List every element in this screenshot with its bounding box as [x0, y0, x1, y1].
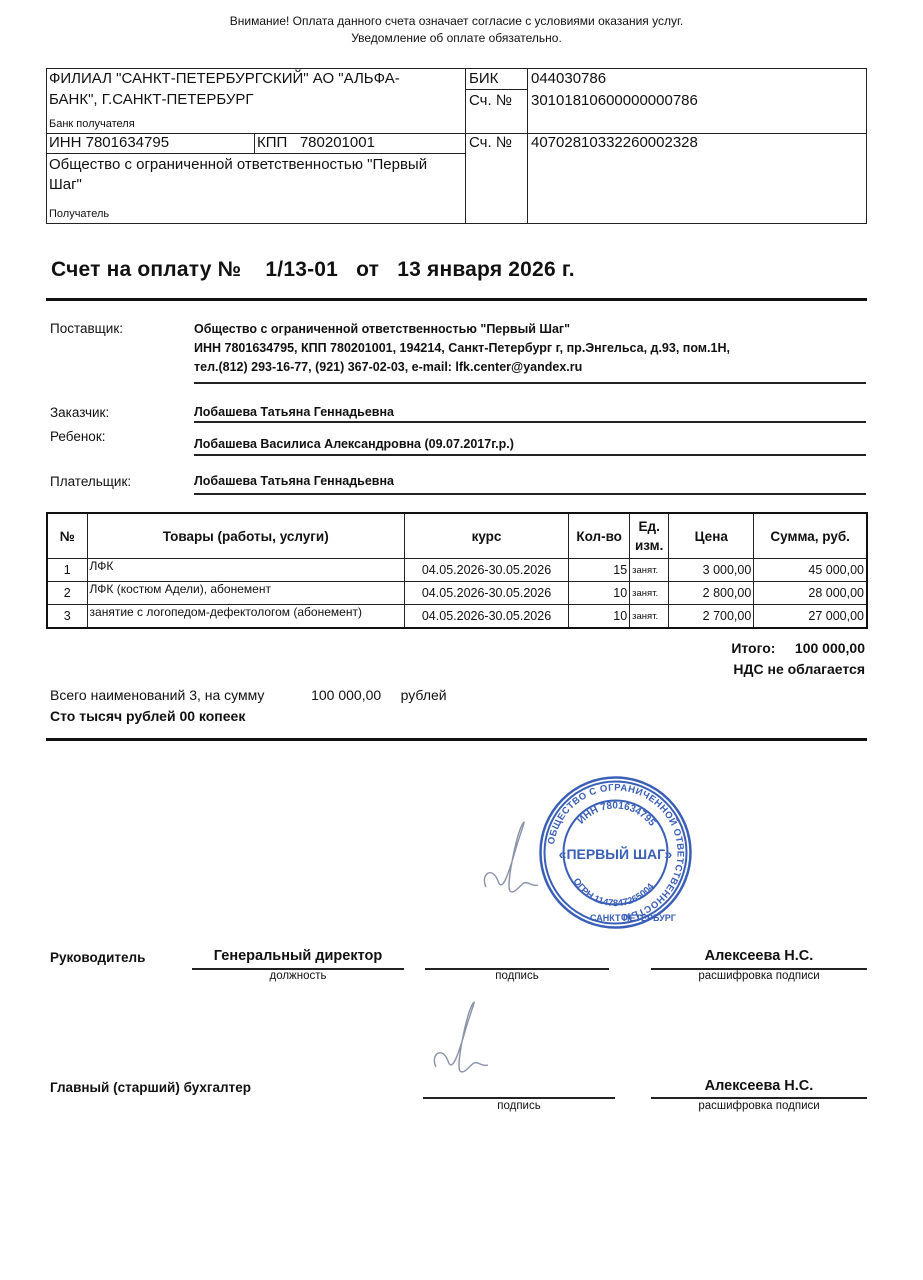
inn-field: ИНН 7801634795: [49, 133, 169, 153]
row-course: 04.05.2026-30.05.2026: [404, 605, 568, 629]
row-num: 3: [47, 605, 87, 629]
account-value: 40702810332260002328: [531, 133, 698, 153]
head-signature-caption: подпись: [425, 970, 609, 982]
customer-value: Лобашева Татьяна Геннадьевна: [194, 403, 394, 422]
customer-label: Заказчик:: [50, 405, 109, 420]
amount-in-words: Сто тысяч рублей 00 копеек: [50, 708, 245, 724]
row-price: 2 800,00: [669, 582, 754, 605]
corr-account-label: Сч. №: [469, 91, 512, 111]
row-unit: занят.: [630, 605, 669, 629]
inn-label: ИНН: [49, 134, 81, 151]
head-position-caption: должность: [192, 970, 404, 982]
bank-name-line-2: БАНК", Г.САНКТ-ПЕТЕРБУРГ: [49, 90, 254, 110]
col-sum: Сумма, руб.: [754, 513, 867, 559]
payer-label: Плательщик:: [50, 474, 131, 489]
row-num: 2: [47, 582, 87, 605]
corr-account-value: 30101810600000000786: [531, 91, 698, 111]
supplier-address: ИНН 7801634795, КПП 780201001, 194214, С…: [194, 339, 730, 358]
svg-text:«ПЕРВЫЙ ШАГ»: «ПЕРВЫЙ ШАГ»: [559, 845, 673, 862]
col-price: Цена: [669, 513, 754, 559]
supplier-underline: [194, 382, 866, 384]
col-unit-line-1: Ед.: [639, 519, 660, 534]
summary-currency: рублей: [401, 687, 447, 703]
total-value: 100 000,00: [795, 640, 865, 656]
invoice-title: Счет на оплату № 1/13-01 от 13 января 20…: [51, 258, 575, 282]
accountant-name: Алексеева Н.С.: [651, 1078, 867, 1094]
row-qty: 15: [569, 559, 630, 582]
accountant-name-line: [651, 1097, 867, 1099]
head-label: Руководитель: [50, 950, 145, 965]
summary-line: Всего наименований 3, на сумму 100 000,0…: [50, 687, 447, 703]
company-stamp: ОБЩЕСТВО С ОГРАНИЧЕННОЙ ОТВЕТСТВЕННОСТЬЮ…: [538, 775, 693, 930]
customer-underline: [194, 421, 866, 423]
supplier-label: Поставщик:: [50, 321, 123, 336]
supplier-contacts: тел.(812) 293-16-77, (921) 367-02-03, e-…: [194, 358, 730, 377]
head-name-caption: расшифровка подписи: [651, 970, 867, 982]
row-num: 1: [47, 559, 87, 582]
col-unit-line-2: изм.: [635, 538, 663, 553]
kpp-field: КПП 780201001: [257, 133, 375, 153]
svg-text:ИНН 7801634795: ИНН 7801634795: [576, 800, 658, 828]
accountant-label: Главный (старший) бухгалтер: [50, 1080, 251, 1095]
payment-notice: Внимание! Оплата данного счета означает …: [0, 13, 913, 47]
summary-amount: 100 000,00: [311, 687, 381, 703]
totals-divider: [46, 738, 867, 741]
total-line: Итого: 100 000,00: [731, 640, 865, 656]
recipient-caption: Получатель: [49, 208, 109, 220]
summary-prefix: Всего наименований 3, на сумму: [50, 687, 264, 703]
notice-line-2: Уведомление об оплате обязательно.: [0, 30, 913, 47]
row-sum: 27 000,00: [754, 605, 867, 629]
account-label: Сч. №: [469, 133, 512, 153]
accountant-signature-caption: подпись: [423, 1100, 615, 1112]
bik-value: 044030786: [531, 69, 606, 89]
recipient-line-1: Общество с ограниченной ответственностью…: [49, 155, 427, 175]
total-label: Итого:: [731, 640, 775, 656]
head-position: Генеральный директор: [192, 948, 404, 964]
bank-name-line-1: ФИЛИАЛ "САНКТ-ПЕТЕРБУРГСКИЙ" АО "АЛЬФА-: [49, 69, 400, 89]
head-name: Алексеева Н.С.: [651, 948, 867, 964]
accountant-handwritten-signature: [428, 995, 498, 1085]
row-goods: занятие с логопедом-дефектологом (абонем…: [87, 605, 404, 629]
notice-line-1: Внимание! Оплата данного счета означает …: [0, 13, 913, 30]
svg-text:САНКТ ПЕТЕРБУРГ: САНКТ ПЕТЕРБУРГ: [590, 913, 676, 923]
title-divider: [46, 298, 867, 301]
row-unit: занят.: [630, 582, 669, 605]
vat-note: НДС не облагается: [733, 661, 865, 677]
table-row: 1 ЛФК 04.05.2026-30.05.2026 15 занят. 3 …: [47, 559, 867, 582]
child-label: Ребенок:: [50, 429, 105, 444]
row-course: 04.05.2026-30.05.2026: [404, 559, 568, 582]
table-row: 2 ЛФК (костюм Адели), абонемент 04.05.20…: [47, 582, 867, 605]
row-price: 3 000,00: [669, 559, 754, 582]
kpp-value: 780201001: [300, 134, 375, 151]
row-course: 04.05.2026-30.05.2026: [404, 582, 568, 605]
col-qty: Кол-во: [569, 513, 630, 559]
bank-details-box: ФИЛИАЛ "САНКТ-ПЕТЕРБУРГСКИЙ" АО "АЛЬФА- …: [46, 68, 867, 224]
row-unit: занят.: [630, 559, 669, 582]
bik-label: БИК: [469, 69, 498, 89]
row-price: 2 700,00: [669, 605, 754, 629]
row-goods: ЛФК (костюм Адели), абонемент: [87, 582, 404, 605]
table-row: 3 занятие с логопедом-дефектологом (абон…: [47, 605, 867, 629]
inn-value: 7801634795: [86, 134, 169, 151]
supplier-details: Общество с ограниченной ответственностью…: [194, 320, 730, 377]
supplier-name: Общество с ограниченной ответственностью…: [194, 320, 730, 339]
row-qty: 10: [569, 582, 630, 605]
payer-underline: [194, 493, 866, 495]
table-header-row: № Товары (работы, услуги) курс Кол-во Ед…: [47, 513, 867, 559]
accountant-signature-line: [423, 1097, 615, 1099]
row-sum: 28 000,00: [754, 582, 867, 605]
col-unit: Ед.изм.: [630, 513, 669, 559]
recipient-line-2: Шаг": [49, 175, 82, 195]
row-sum: 45 000,00: [754, 559, 867, 582]
child-value: Лобашева Василиса Александровна (09.07.2…: [194, 435, 514, 454]
col-course: курс: [404, 513, 568, 559]
head-handwritten-signature: [478, 815, 548, 905]
row-goods: ЛФК: [87, 559, 404, 582]
bank-caption: Банк получателя: [49, 118, 135, 130]
accountant-name-caption: расшифровка подписи: [651, 1100, 867, 1112]
kpp-label: КПП: [257, 134, 287, 151]
col-num: №: [47, 513, 87, 559]
child-underline: [194, 454, 866, 456]
payer-value: Лобашева Татьяна Геннадьевна: [194, 472, 394, 491]
items-table: № Товары (работы, услуги) курс Кол-во Ед…: [46, 512, 868, 629]
row-qty: 10: [569, 605, 630, 629]
col-goods: Товары (работы, услуги): [87, 513, 404, 559]
